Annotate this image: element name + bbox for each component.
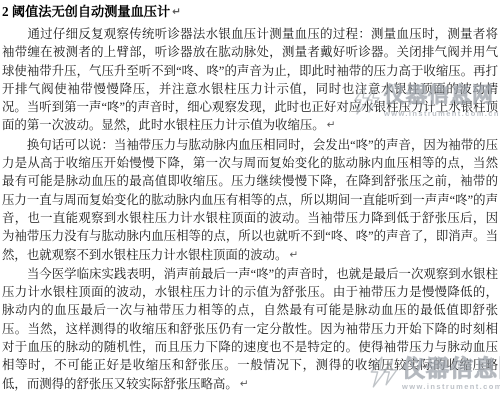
- paragraph: 通过仔细反复观察传统听诊器法水银血压计测量血压的过程：测量血压时，测量者将袖带缠…: [2, 25, 498, 136]
- paragraph-mark-icon: ↵: [289, 246, 298, 264]
- paragraph-mark-icon: ↵: [172, 3, 181, 22]
- paragraph-text: 通过仔细反复观察传统听诊器法水银血压计测量血压的过程：测量血压时，测量者将袖带缠…: [2, 27, 498, 132]
- section-heading: 2 阈值法无创自动测量血压计↵: [2, 2, 498, 23]
- paragraph-text: 换句话可以说：当袖带压力与肱动脉内血压相同时，会发出“咚”的声音，因为袖带的压力…: [2, 138, 498, 262]
- paragraph-text: 当今医学临床实践表明，消声前最后一声“咚”的声音时，也就是最后一次观察到水银柱压…: [2, 267, 498, 391]
- document-page: 2 阈值法无创自动测量血压计↵ 通过仔细反复观察传统听诊器法水银血压计测量血压的…: [0, 0, 500, 394]
- section-heading-text: 2 阈值法无创自动测量血压计: [2, 4, 170, 19]
- paragraph: 换句话可以说：当袖带压力与肱动脉内血压相同时，会发出“咚”的声音，因为袖带的压力…: [2, 136, 498, 265]
- paragraph: 当今医学临床实践表明，消声前最后一声“咚”的声音时，也就是最后一次观察到水银柱压…: [2, 265, 498, 394]
- paragraph-mark-icon: ↵: [327, 116, 336, 134]
- paragraph-mark-icon: ↵: [240, 375, 249, 393]
